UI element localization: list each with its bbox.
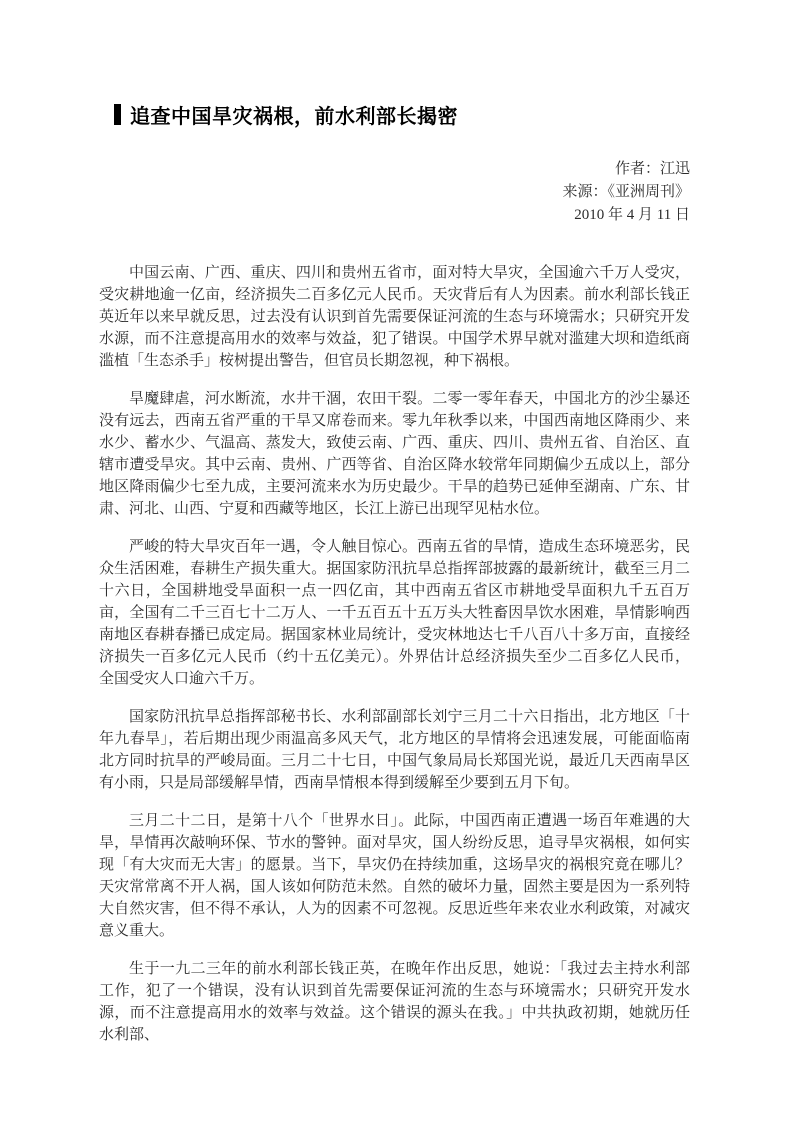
meta-date: 2010 年 4 月 11 日: [99, 204, 690, 227]
paragraph-4: 国家防汛抗旱总指挥部秘书长、水利部副部长刘宁三月二十六日指出，北方地区「十年九春…: [99, 706, 690, 794]
paragraph-2: 旱魔肆虐，河水断流，水井干涸，农田干裂。二零一零年春天，中国北方的沙尘暴还没有远…: [99, 388, 690, 520]
title-block: 追查中国旱灾祸根，前水利部长揭密: [114, 101, 690, 127]
meta-source: 来源：《亚洲周刊》: [99, 181, 690, 204]
document-page: 追查中国旱灾祸根，前水利部长揭密 作者：江迅 来源：《亚洲周刊》 2010 年 …: [0, 0, 800, 1132]
paragraph-3: 严峻的特大旱灾百年一遇，令人触目惊心。西南五省的旱情，造成生态环境恶劣，民众生活…: [99, 536, 690, 690]
meta-author: 作者：江迅: [99, 158, 690, 181]
article-title: 追查中国旱灾祸根，前水利部长揭密: [130, 100, 458, 129]
title-accent-bar: [114, 104, 121, 125]
paragraph-6: 生于一九二三年的前水利部长钱正英，在晚年作出反思，她说：「我过去主持水利部工作，…: [99, 958, 690, 1046]
paragraph-1: 中国云南、广西、重庆、四川和贵州五省市，面对特大旱灾，全国逾六千万人受灾，受灾耕…: [99, 262, 690, 372]
article-meta: 作者：江迅 来源：《亚洲周刊》 2010 年 4 月 11 日: [99, 158, 690, 227]
paragraph-5: 三月二十二日，是第十八个「世界水日」。此际，中国西南正遭遇一场百年难遇的大旱，旱…: [99, 810, 690, 942]
article-body: 中国云南、广西、重庆、四川和贵州五省市，面对特大旱灾，全国逾六千万人受灾，受灾耕…: [99, 262, 690, 1046]
